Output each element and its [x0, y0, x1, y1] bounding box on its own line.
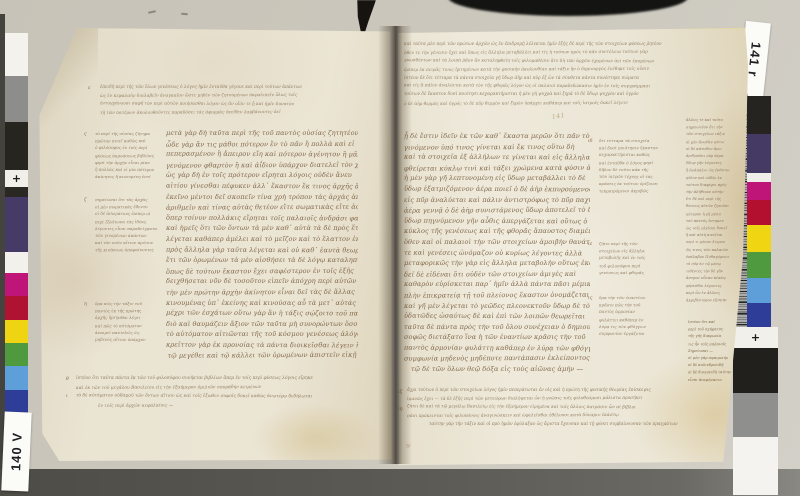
script-line: ταύτην γὰρ τὴν τάξιν καὶ οἱ πρὸ ἡμῶν ἐφύ…	[407, 420, 741, 428]
script-line: μεταβολῆς καὶ ἐν τοῖς	[599, 254, 683, 262]
color-patch-black	[733, 348, 778, 393]
script-line: λέγεται καθάπερ ἀμέλει καὶ τὸ μεῖζον καὶ…	[166, 234, 358, 245]
script-line: μέχρι τῶν ἐσχάτων οὕτω γὰρ ἂν ἡ τάξις σῴ…	[166, 308, 358, 319]
color-patch-red	[5, 296, 28, 320]
margin-column: ἄλλως τε καὶ τοῦτοσημειωτέον ὅτι τὴντῶν …	[686, 117, 742, 307]
script-line: τῶν στοιχείων τάξιν	[686, 131, 742, 138]
script-line: καὶ τὰ στοιχεῖα ἐξ ἀλλήλων τε γίνεται κα…	[404, 152, 590, 163]
margin-marker: ς	[84, 132, 87, 137]
scholion-block: ζήτει περὶ τῆς τῶνστοιχείων εἰς ἄλληλαμε…	[599, 240, 683, 278]
color-patch-white-cross	[5, 170, 28, 187]
script-line: καὶ ἡμεῖς ὅτι τῶν ὄντων τὰ μὲν καθ᾽ αὑτὰ…	[166, 223, 358, 234]
script-line: ὅπερ τοίνυν πολλάκις εἴρηται τοῖς παλαιο…	[166, 212, 358, 223]
script-line: δῆλον δὲ τοῦτο κἀκ τῆς	[599, 166, 683, 173]
color-patch-magenta	[5, 273, 28, 296]
script-line: ἀριθμοῦσι πῦρ ἀέρα	[686, 153, 742, 160]
script-line: παντὸς ἁρμονίαν	[599, 308, 683, 316]
main-text: μετὰ γὰρ δὴ ταῦτα περὶ τῆς τοῦ παντὸς οὐ…	[166, 128, 358, 366]
margin-marker: ιδ	[588, 139, 593, 144]
script-line: καὶ γῆ μὲν λέγεται τὸ γεῶδες πλεονεκτοῦν…	[404, 301, 590, 312]
script-line: ὡς γὰρ δὴ ἐν τοῖς πρότερον εἴρηται λόγοι…	[166, 170, 358, 181]
color-patch-yellow	[747, 225, 771, 252]
color-patch-dark-blue	[747, 303, 771, 327]
script-line: ὕδωρ ἐξατμιζόμενον ἀέρα ποιεῖ ὁ δὲ ἀὴρ ἐ…	[404, 184, 590, 195]
script-line: πρὸς ἄλληλα γὰρ ταῦτα λέγεται καὶ οὐ καθ…	[166, 244, 358, 255]
script-line: τῷ μεγέθει καὶ τῷ κάλλει τῶν ὁρωμένων ἀπ…	[166, 350, 358, 362]
script-line: ἀρχῆς ἤρτησθαι λέγει	[95, 314, 167, 322]
color-patch-magenta	[747, 182, 771, 200]
script-line: ἢ ἀνάπαλιν ὡς ἑκάστῳ	[686, 167, 742, 174]
scholion-block: ὅτι τέτταρα τὰ στοιχεῖακαὶ δυσὶ ποιότησι…	[599, 137, 683, 197]
script-line: δειχθήσεται νῦν δὲ τοσοῦτον εἰπεῖν ἀπόχρ…	[166, 276, 358, 287]
script-line: λέγοντες εἶναι παραδείγματα	[95, 225, 167, 232]
script-line: λύρᾳ τις τῶν φθόγγων	[599, 323, 683, 330]
binding-shadow-arc	[448, 0, 688, 16]
script-line: συμφωνίαν ἐργάζεται	[599, 330, 683, 338]
scholion-block: σημείωσαι ὅτι τὰς ἀρχὰςοἱ μὲν σωματικὰς …	[95, 196, 167, 256]
script-line: ἐκεῖνο μέντοι δεῖ σκοπεῖν τίνα χρὴ τρόπο…	[166, 192, 358, 203]
script-line: ἀκίνητος ἢ κινουμένη ἐστί	[95, 173, 167, 180]
folio-label-left: 140 V	[1, 411, 31, 491]
script-line: ὑπέλαβον Πυθαγόρειοι	[686, 254, 742, 261]
stray-mark	[181, 13, 188, 16]
top-marginalia: ἐπειδὴ περὶ τῆς τῶν ὅλων γενέσεως ὁ λόγο…	[100, 84, 392, 119]
script-line: μεταφορικῶς τὴν γὰρ εἰς ἄλληλα μεταβολὴν…	[404, 258, 590, 269]
script-line: ἀριθμεῖν καὶ τίνας αὐτὰς θετέον εἴτε σωμ…	[166, 202, 358, 214]
script-line: τὸ αὐτόματον αἰτιῶνται τῆς τοῦ κόσμου γε…	[166, 329, 358, 340]
script-line: ὁ φιλόσοφος ἐν τοῖς περὶ	[95, 144, 167, 152]
color-patch-black-2	[5, 187, 28, 197]
color-patch-violet	[747, 134, 771, 173]
script-line: περί τι μέσον ἕτερον	[686, 239, 742, 246]
scholion-block: τὸ περὶ τῆς οὐσίας ζήτημαπρῶτον κινεῖ κα…	[95, 130, 167, 183]
main-text: ᾗ δὲ ἔστιν ἰδεῖν ἐκ τῶν καθ᾽ ἕκαστα μερῶ…	[404, 131, 590, 375]
color-patch-white-cross	[733, 327, 778, 348]
script-line: κύκλος τῆς γενέσεως καὶ τῆς φθορᾶς ἄπαυσ…	[404, 226, 590, 237]
color-patch-red	[747, 200, 771, 225]
margin-marker: θ	[66, 377, 69, 382]
script-line: ὕδωρ πηγνύμενον γῆν αὖθις ἀπεργάζεται κα…	[404, 215, 590, 226]
script-line: γενέσεως καὶ φθορᾶς	[599, 269, 683, 276]
page-right-141r: καὶ ταῦτα μὲν περὶ τῶν πρώτων ἀρχῶν ὡς ἐ…	[396, 26, 748, 467]
color-patch-white	[733, 437, 778, 495]
script-line: ἄστρον οὖσαν κύκλῳ	[686, 275, 742, 282]
color-patch-light-blue	[5, 366, 28, 390]
script-line: κινουμένας ὑπ᾽ ἐκείνης καὶ κινούσας αὖ τ…	[166, 298, 358, 309]
color-patch-yellow	[5, 320, 28, 343]
scholion-block: ὅρα πῶς τὴν τάξιν τοῦπαντὸς ἐκ τῆς πρώτη…	[95, 300, 167, 346]
script-line: τῷ δὲ τῶν ὅλων θεῷ δόξα εἰς τοὺς αἰῶνας …	[404, 364, 590, 375]
color-patch-green	[5, 343, 28, 366]
top-marginalia: καὶ ταῦτα μὲν περὶ τῶν πρώτων ἀρχῶν ὡς ἐ…	[404, 41, 740, 111]
color-patch-white-2	[5, 252, 28, 273]
script-line: τὴν μὲν πρώτην ἀρχὴν ἀκίνητον εἶναι δεῖ …	[166, 287, 358, 299]
margin-marker: ιε	[588, 242, 592, 247]
manuscript-photo: 140 V 141 r ε ἐπειδὴ περὶ τῆς τῶν ὅλων γ…	[0, 0, 800, 496]
page-number: 141	[552, 112, 566, 121]
script-line: ἐν τοῖς περὶ ἀρχῶν κεφαλαίοις —	[76, 400, 378, 411]
color-patch-gray	[733, 393, 778, 437]
script-line: ὁ δὲ ἀὴρ θερμὸς καὶ ὑγρός τὸ δὲ πῦρ θερμ…	[404, 99, 740, 109]
script-line: πλὴν ἐπικρατείᾳ τῇ τοῦ πλείονος ἕκαστον …	[404, 290, 590, 302]
script-line: θέσεως αὐτῶν ζητοῦσι	[686, 203, 742, 210]
script-line: ἰστέον ὅτι ταῦτα πάντα ἐκ τῶν τοῦ φιλοσό…	[76, 374, 378, 383]
scan-bottom-band	[0, 469, 800, 496]
script-line: τούτου διαφέρει πρὸς	[686, 182, 742, 189]
script-line: τῇ τῶν πατέρων ἀκολουθοῦντες παραδόσει τ…	[100, 109, 392, 119]
right-color-bar-lower	[733, 327, 778, 495]
script-line: ἀκριβέστερον εἴρηται	[686, 297, 742, 304]
color-patch-black	[747, 96, 771, 134]
script-line: περὶ ὧν ἐν ἄλλοις	[686, 290, 742, 297]
script-line: ἀναιρεῖ παντελῶς ὡς	[95, 329, 167, 336]
script-line: κεχαρακτήρισται καθὼς	[599, 151, 683, 159]
scholion-block: ὅρα τὴν τῶν ἐναντίωνκρᾶσιν πῶς τὴν τοῦπα…	[599, 294, 683, 340]
color-patch-dark-blue	[5, 390, 28, 414]
script-line: αἰτίου γίνεσθαι πέφυκεν ἀλλ᾽ ἕκαστον ἔκ …	[166, 181, 358, 192]
script-line: σοφῶς διετάξατο ἵνα ἡ τῶν ἐναντίων κρᾶσι…	[404, 332, 590, 343]
script-line: τοῦ παντὸς ἕστηκεν	[686, 218, 742, 225]
gutter-shadow	[378, 26, 412, 464]
stray-mark	[148, 10, 156, 14]
margin-marker: ι	[66, 394, 68, 399]
script-line: διὸ καὶ θαυμάζειν ἄξιον τῶν ταῦτα μὴ συν…	[166, 319, 358, 330]
script-line: τούτων δὲ ἕκαστον δυσὶ ποιότησι κεχαρακτ…	[404, 91, 740, 99]
script-line: ἀέρα γεννᾷ ὁ δὲ ἀὴρ συνιστάμενος ὕδωρ ἀπ…	[404, 205, 590, 217]
script-line: ᾗ δὲ ἔστιν ἰδεῖν ἐκ τῶν καθ᾽ ἕκαστα μερῶ…	[404, 131, 590, 142]
color-patch-light-blue	[747, 278, 771, 303]
script-line: οἱ δὲ ἀσωμάτους ὥσπερ οἱ	[95, 210, 167, 218]
script-line: τῆς κινήσεως ἀποφαίνοντες	[95, 246, 167, 254]
margin-marker: ζ	[84, 198, 87, 203]
script-line: καθαρὸν εὑρίσκεται παρ᾽ ἡμῖν ἀλλὰ πάντα …	[404, 279, 590, 290]
left-color-bar	[5, 33, 28, 414]
script-line: συμφωνία μηδενὸς μηδέποτε παντάπασιν ἐκλ…	[404, 353, 590, 365]
footnotes: ἰστέον ὅτι ταῦτα πάντα ἐκ τῶν τοῦ φιλοσό…	[76, 374, 378, 414]
script-line: οἱ δὲ κάτωθεν ἄνω	[686, 146, 742, 153]
color-patch-black	[5, 122, 28, 170]
script-line: τεκμαιρόμενοι ἀκριβῶς	[599, 187, 683, 195]
script-line: φησὶ τὴν ἀρχὴν εἶναι μίαν	[95, 159, 167, 166]
folio-label-right-text: 141 r	[745, 42, 764, 79]
script-line: τε καὶ γενέσεις ὠνόμαζον οὐ κυρίως λέγον…	[404, 247, 590, 258]
script-line: πεπερασμένον ἢ ἄπειρον εἴη καὶ πότερον ἀ…	[166, 149, 358, 160]
script-line: ὑδατῶδες ὡσαύτως δὲ καὶ ἐπὶ τῶν λοιπῶν θ…	[404, 311, 590, 322]
margin-marker: ις	[588, 296, 592, 301]
color-patch-gray	[5, 76, 28, 122]
footnotes: ἄχρι τούτων ὁ περὶ τῶν στοιχείων λόγος ἡ…	[407, 387, 741, 430]
color-patch-white	[747, 173, 771, 182]
script-line: μετὰ γὰρ δὴ ταῦτα περὶ τῆς τοῦ παντὸς οὐ…	[166, 128, 358, 139]
script-line: ἔτι δὲ καὶ περὶ τῆς	[686, 196, 742, 203]
margin-marker: ε	[88, 86, 90, 91]
script-line: ἔτι τῶν ὁρωμένων τὰ μὲν αἰσθήσει τὰ δὲ λ…	[166, 255, 358, 266]
folio-label-left-text: 140 V	[8, 432, 25, 472]
script-line: ἡ μὲν γὰρ γῆ λεπτυνομένη εἰς ὕδωρ μεταβά…	[404, 173, 590, 184]
right-color-bar-upper	[747, 96, 771, 327]
script-line: εἰς πῦρ ἀναλύεται καὶ πάλιν ἀντιστρόφως …	[404, 195, 590, 206]
margin-marker: η	[84, 302, 87, 307]
page-left-140v: ε ἐπειδὴ περὶ τῆς τῶν ὅλων γενέσεως ὁ λό…	[38, 28, 392, 464]
color-patch-white	[5, 33, 28, 76]
color-patch-green	[747, 252, 771, 278]
script-line: ταῦτα δὲ πάντα πρὸς τὴν τοῦ ὅλου συνέχει…	[404, 322, 590, 333]
color-patch-violet	[5, 197, 28, 252]
script-line: μηδενὸς αἴτιον ὑπάρχον	[95, 336, 167, 344]
script-line: ὅθεν καὶ οἱ παλαιοὶ τὴν τῶν στοιχείων ἀμ…	[404, 237, 590, 248]
